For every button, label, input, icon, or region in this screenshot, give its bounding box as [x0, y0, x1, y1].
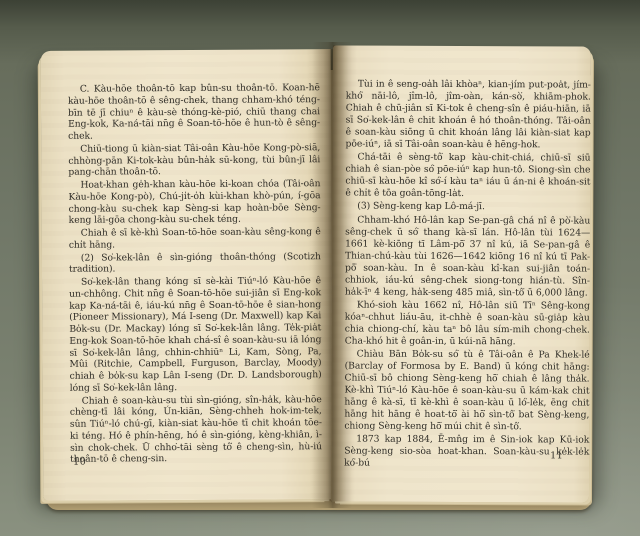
paragraph: So͘-kek-lân thang kóng sī sè-kài Tiúⁿ-ló… [69, 275, 322, 394]
paragraph: (3) Sèng-keng kap Lô-má-jī. [345, 201, 590, 214]
paragraph: C. Kàu-hōe thoân-tō kap bûn-su thoân-tō.… [68, 82, 320, 142]
book-page-left: C. Kàu-hōe thoân-tō kap bûn-su thoân-tō.… [41, 49, 334, 501]
paragraph: (2) So͘-kek-lân ê sìn-gióng thoân-thóng … [69, 251, 321, 276]
paragraph: Chiah ê soan-kàu-su tùi sìn-gióng, sîn-h… [70, 394, 322, 466]
photo-background: C. Kàu-hōe thoân-tō kap bûn-su thoân-tō.… [0, 0, 640, 536]
paragraph: Chiah ê sī kè-khì Soan-tō-hōe soan-kàu s… [69, 226, 321, 251]
paragraph: Chham-khó Hô-lân kap Se-pan-gâ chá nî ê … [345, 214, 590, 299]
open-book: C. Kàu-hōe thoân-tō kap bûn-su thoân-tō.… [0, 0, 640, 536]
book-page-right: Tùi in ê seng-oa̍h lâi khòaⁿ, kian-jím p… [331, 45, 591, 502]
page-number-left: 10 [73, 457, 86, 468]
paragraph: Chiū-tiong ū kiàn-siat Tâi-oân Kàu-hōe K… [68, 142, 320, 179]
page-right-text: Tùi in ê seng-oa̍h lâi khòaⁿ, kian-jím p… [344, 78, 591, 472]
paragraph: Tùi in ê seng-oa̍h lâi khòaⁿ, kian-jím p… [346, 78, 591, 151]
paragraph: Hoat-khan ge̍h-khan kàu-hōe ki-koan chóa… [68, 178, 320, 227]
page-left-text: C. Kàu-hōe thoân-tō kap bûn-su thoân-tō.… [68, 82, 322, 467]
page-number-right: 11 [550, 450, 563, 461]
paragraph: Chá-tāi ê sèng-tô͘ kap kàu-chit-chiá, ch… [345, 152, 590, 201]
paragraph: Chiàu Bān Bo̍k-su só͘ tù ê Tâi-oân ê Pa … [344, 349, 589, 434]
paragraph: Khó-sioh kàu 1662 nî, Hô-lân siū Tīⁿ Sên… [345, 299, 590, 348]
